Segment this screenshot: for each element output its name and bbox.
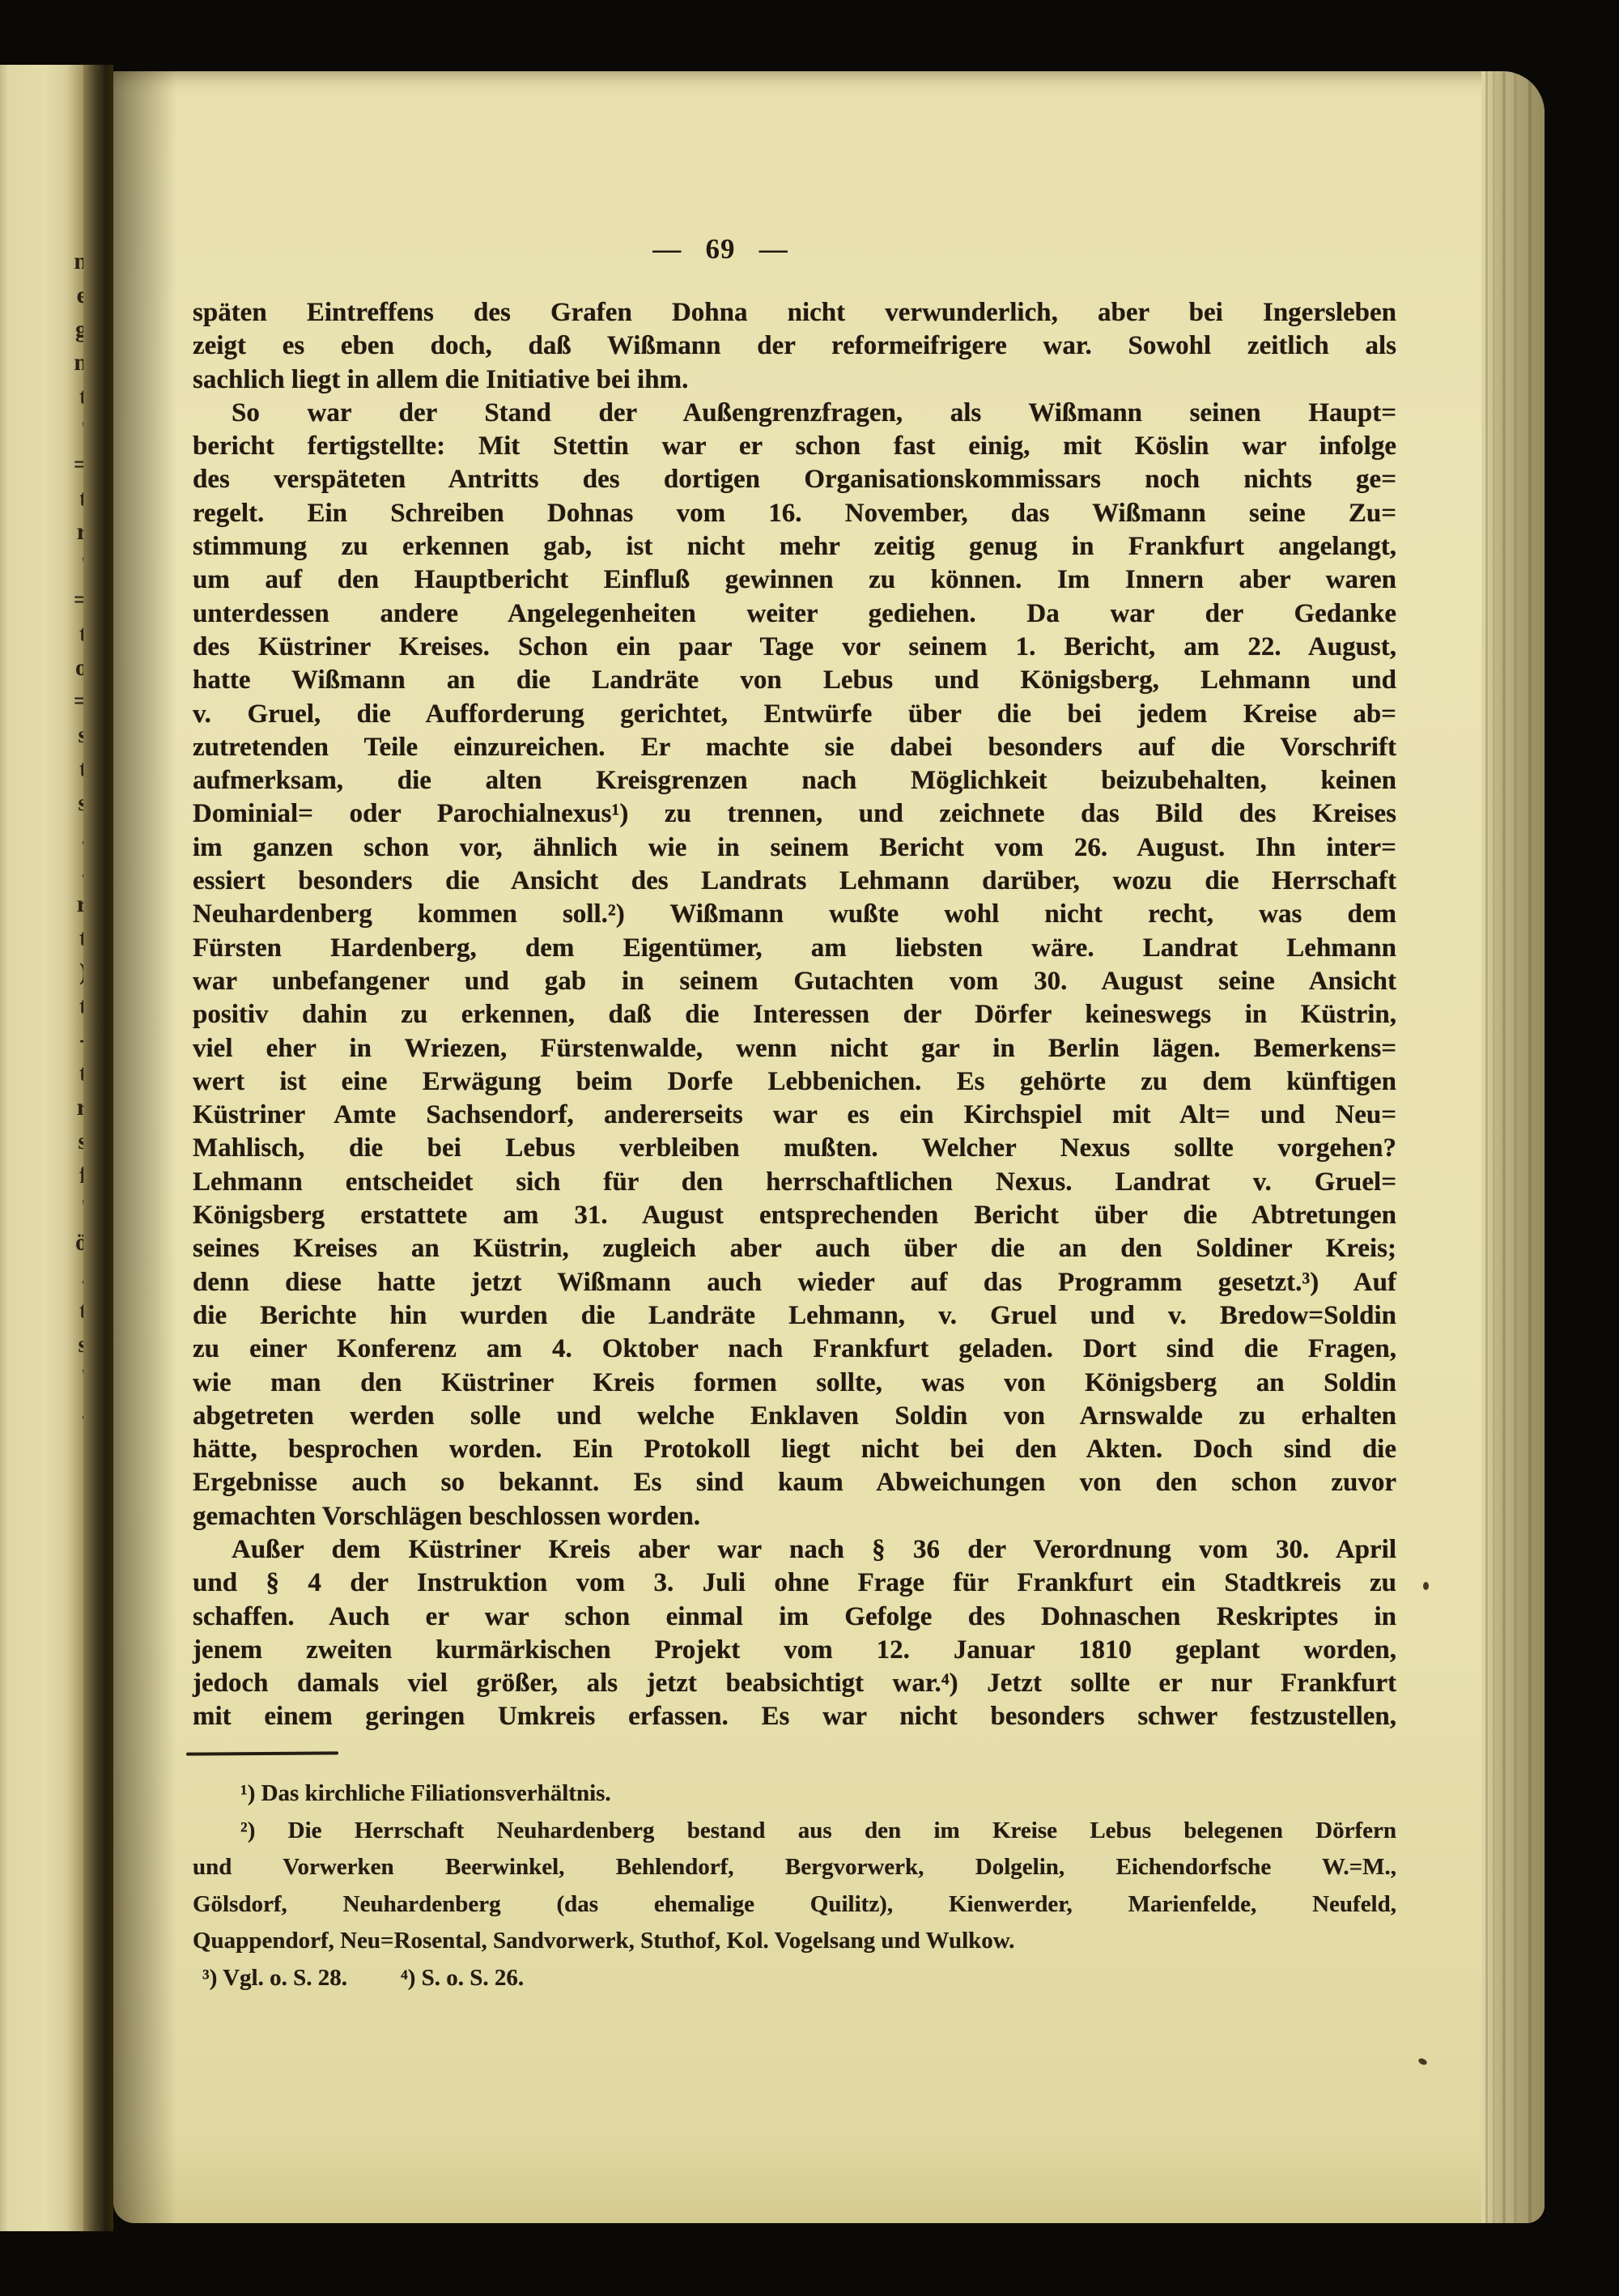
- footnote-ref-3: ³) Vgl. o. S. 28.: [202, 1960, 347, 1997]
- text-line: zeigt es eben doch, daß Wißmann der refo…: [193, 330, 1396, 363]
- text-line: essiert besonders die Ansicht des Landra…: [193, 865, 1396, 898]
- footnote-line: Gölsdorf, Neuhardenberg (das ehemalige Q…: [193, 1886, 1396, 1924]
- facing-page-text-fragment: t: [55, 1297, 83, 1324]
- facing-page-edge: negnt'=tr'=to=sts..rt)t-trsf'ö.ts'.: [0, 65, 83, 2231]
- text-line: hätte, besprochen worden. Ein Protokoll …: [193, 1433, 1396, 1466]
- facing-page-text-fragment: o: [55, 654, 83, 682]
- facing-page-text-fragment: ': [55, 552, 83, 580]
- text-line: So war der Stand der Außengrenzfragen, a…: [193, 397, 1396, 430]
- text-line: Neuhardenberg kommen soll.²) Wißmann wuß…: [193, 898, 1396, 931]
- facing-page-text-fragment: ': [55, 1364, 83, 1392]
- facing-page-text-fragment: n: [55, 349, 83, 376]
- facing-page-text-fragment: =: [55, 687, 83, 715]
- text-line: Dominial= oder Parochialnexus¹) zu trenn…: [193, 797, 1396, 831]
- page-edge-stack: [1481, 71, 1545, 2223]
- text-line: mit einem geringen Umkreis erfassen. Es …: [193, 1700, 1396, 1733]
- page-number: — 69 —: [559, 233, 882, 266]
- text-line: Ergebnisse auch so bekannt. Es sind kaum…: [193, 1466, 1396, 1499]
- footnotes: ¹) Das kirchliche Filiationsverhältnis.²…: [193, 1775, 1396, 1996]
- text-line: schaffen. Auch er war schon einmal im Ge…: [193, 1601, 1396, 1634]
- text-line: v. Gruel, die Aufforderung gerichtet, En…: [193, 698, 1396, 731]
- text-line: unterdessen andere Angelegenheiten weite…: [193, 597, 1396, 631]
- paper-speck: [1423, 1582, 1429, 1590]
- facing-page-text-fragment: e: [55, 282, 83, 309]
- footnote-line: und Vorwerken Beerwinkel, Behlendorf, Be…: [193, 1849, 1396, 1886]
- facing-page-text-fragment: s: [55, 1331, 83, 1358]
- facing-page-text-fragment: .: [55, 857, 83, 884]
- facing-page-text-fragment: s: [55, 1128, 83, 1155]
- facing-page-text-fragment: ': [55, 1195, 83, 1222]
- text-line: aufmerksam, die alten Kreisgrenzen nach …: [193, 764, 1396, 797]
- footnote-line: Quappendorf, Neu=Rosental, Sandvorwerk, …: [193, 1923, 1396, 1960]
- body-text: späten Eintreffens des Grafen Dohna nich…: [193, 296, 1396, 1734]
- text-line: und § 4 der Instruktion vom 3. Juli ohne…: [193, 1567, 1396, 1600]
- text-line: positiv dahin zu erkennen, daß die Inter…: [193, 998, 1396, 1031]
- text-line: um auf den Hauptbericht Einfluß gewinnen…: [193, 563, 1396, 597]
- text-line: gemachten Vorschlägen beschlossen worden…: [193, 1500, 1396, 1533]
- footnote-line: ²) Die Herrschaft Neuhardenberg bestand …: [193, 1813, 1396, 1850]
- facing-page-text-fragment: -: [55, 1026, 83, 1053]
- facing-page-text-fragment: r: [55, 891, 83, 918]
- text-line: die Berichte hin wurden die Landräte Leh…: [193, 1299, 1396, 1333]
- facing-page-text-fragment: n: [55, 248, 83, 275]
- facing-page-text-fragment: s: [55, 789, 83, 817]
- facing-page-text-fragment: .: [55, 823, 83, 851]
- text-line: Fürsten Hardenberg, dem Eigentümer, am l…: [193, 932, 1396, 965]
- facing-page-text-fragment: t: [55, 755, 83, 783]
- facing-page-text-fragment: r: [55, 518, 83, 546]
- text-line: Lehmann entscheidet sich für den herrsch…: [193, 1166, 1396, 1199]
- text-line: jedoch damals viel größer, als jetzt bea…: [193, 1667, 1396, 1700]
- facing-page-text-fragment: g: [55, 316, 83, 343]
- facing-page-text-fragment: t: [55, 993, 83, 1020]
- text-line: bericht fertigstellte: Mit Stettin war e…: [193, 430, 1396, 463]
- text-line: Außer dem Küstriner Kreis aber war nach …: [193, 1533, 1396, 1567]
- facing-page-text-fragment: t: [55, 925, 83, 952]
- footnote-ref-4: ⁴) S. o. S. 26.: [401, 1960, 524, 1997]
- text-line: hatte Wißmann an die Landräte von Lebus …: [193, 664, 1396, 697]
- text-line: sachlich liegt in allem die Initiative b…: [193, 364, 1396, 397]
- gutter-inner-shadow: [113, 71, 176, 2223]
- facing-page-text-fragment: t: [55, 485, 83, 512]
- facing-page-text-fragment: t: [55, 1060, 83, 1087]
- facing-page-text-fragment: .: [55, 1263, 83, 1290]
- text-line: Königsberg erstattete am 31. August ents…: [193, 1199, 1396, 1232]
- text-line: abgetreten werden solle und welche Enkla…: [193, 1400, 1396, 1433]
- text-line: zutretenden Teile einzureichen. Er macht…: [193, 731, 1396, 764]
- text-line: des verspäteten Antritts des dortigen Or…: [193, 463, 1396, 496]
- facing-page-text-fragment: t: [55, 620, 83, 648]
- text-line: wie man den Küstriner Kreis formen sollt…: [193, 1367, 1396, 1400]
- footnote-line: ³) Vgl. o. S. 28.⁴) S. o. S. 26.: [193, 1960, 1396, 1997]
- facing-page-text-fragment: r: [55, 1094, 83, 1121]
- text-line: Küstriner Amte Sachsendorf, andererseits…: [193, 1099, 1396, 1132]
- facing-page-text-fragment: f: [55, 1162, 83, 1189]
- facing-page-text-fragment: ': [55, 417, 83, 444]
- text-line: denn diese hatte jetzt Wißmann auch wied…: [193, 1266, 1396, 1299]
- book-gutter-shadow: [83, 65, 113, 2231]
- facing-page-text-fragment: .: [55, 1398, 83, 1426]
- text-line: des Küstriner Kreises. Schon ein paar Ta…: [193, 631, 1396, 664]
- text-line: war unbefangener und gab in seinem Gutac…: [193, 965, 1396, 998]
- text-line: jenem zweiten kurmärkischen Projekt vom …: [193, 1634, 1396, 1667]
- text-line: regelt. Ein Schreiben Dohnas vom 16. Nov…: [193, 497, 1396, 530]
- text-line: stimmung zu erkennen gab, ist nicht mehr…: [193, 530, 1396, 563]
- footnote-line: ¹) Das kirchliche Filiationsverhältnis.: [193, 1775, 1396, 1813]
- text-line: Mahlisch, die bei Lebus verbleiben mußte…: [193, 1132, 1396, 1165]
- text-line: im ganzen schon vor, ähnlich wie in sein…: [193, 831, 1396, 865]
- facing-page-text-fragment: ): [55, 959, 83, 986]
- text-line: viel eher in Wriezen, Fürstenwalde, wenn…: [193, 1032, 1396, 1065]
- text-line: seines Kreises an Küstrin, zugleich aber…: [193, 1232, 1396, 1265]
- facing-page-text-fragment: =: [55, 451, 83, 478]
- text-line: späten Eintreffens des Grafen Dohna nich…: [193, 296, 1396, 330]
- facing-page-text-fragment: =: [55, 586, 83, 614]
- facing-page-text-fragment: ö: [55, 1229, 83, 1256]
- text-line: wert ist eine Erwägung beim Dorfe Lebben…: [193, 1065, 1396, 1099]
- facing-page-text-fragment: t: [55, 383, 83, 410]
- facing-page-text-fragment: s: [55, 721, 83, 749]
- scanned-book-spread: negnt'=tr'=to=sts..rt)t-trsf'ö.ts'. — 69…: [0, 0, 1619, 2296]
- text-line: zu einer Konferenz am 4. Oktober nach Fr…: [193, 1333, 1396, 1366]
